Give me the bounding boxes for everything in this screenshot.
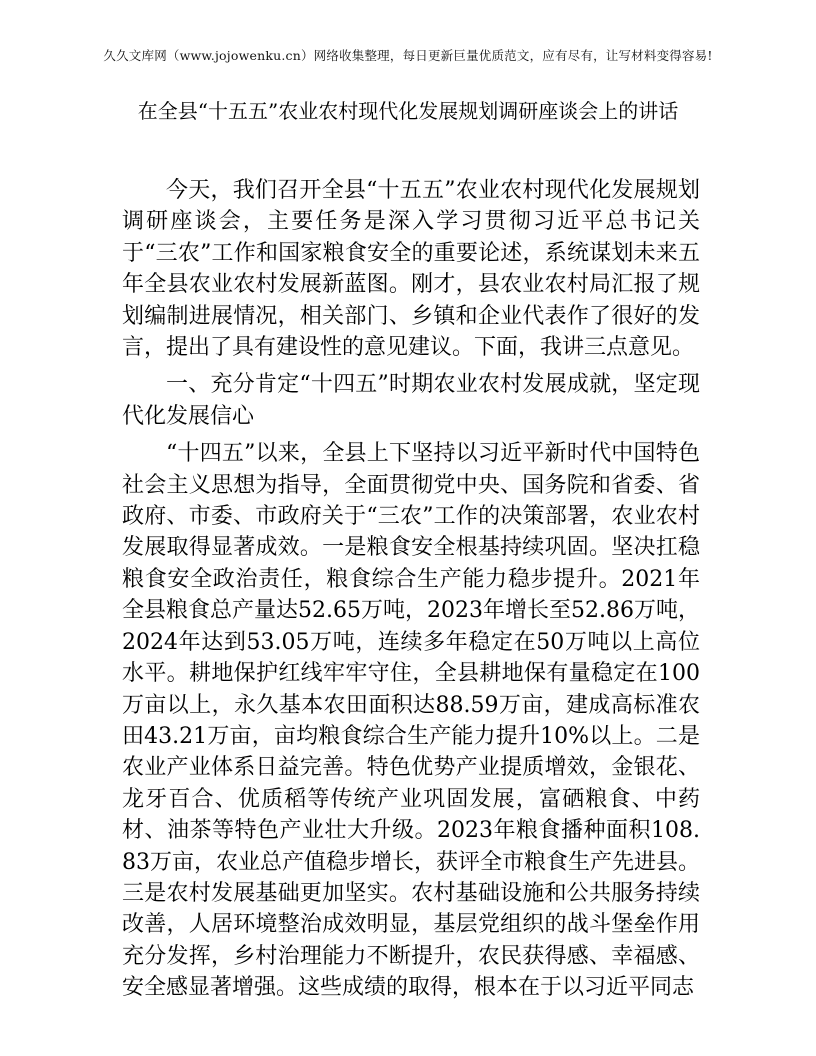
document-page: 久久文库网（www.jojowenku.cn）网络收集整理，每日更新巨量优质范文…	[0, 0, 816, 1056]
paragraph-intro: 今天，我们召开全县“十五五”农业农村现代化发展规划调研座谈会，主要任务是深入学习…	[122, 175, 700, 363]
paragraph-achievements: “十四五”以来，全县上下坚持以习近平新时代中国特色社会主义思想为指导，全面贯彻党…	[122, 438, 700, 1003]
document-title: 在全县“十五五”农业农村现代化发展规划调研座谈会上的讲话	[90, 96, 726, 126]
section-heading-1: 一、充分肯定“十四五”时期农业农村发展成就，坚定现代化发展信心	[122, 369, 700, 432]
document-body: 今天，我们召开全县“十五五”农业农村现代化发展规划调研座谈会，主要任务是深入学习…	[122, 175, 700, 1010]
header-source-note: 久久文库网（www.jojowenku.cn）网络收集整理，每日更新巨量优质范文…	[102, 47, 714, 65]
